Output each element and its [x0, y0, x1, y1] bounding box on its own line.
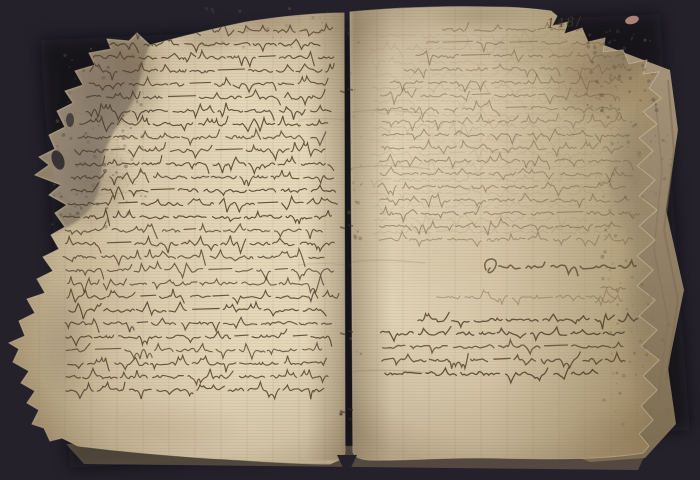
gutter-shading-right — [346, 8, 392, 460]
manuscript-scene: 148/ — [0, 0, 700, 480]
manuscript-photo: 148/ — [0, 0, 700, 480]
folio-number: 148/ — [546, 15, 582, 32]
